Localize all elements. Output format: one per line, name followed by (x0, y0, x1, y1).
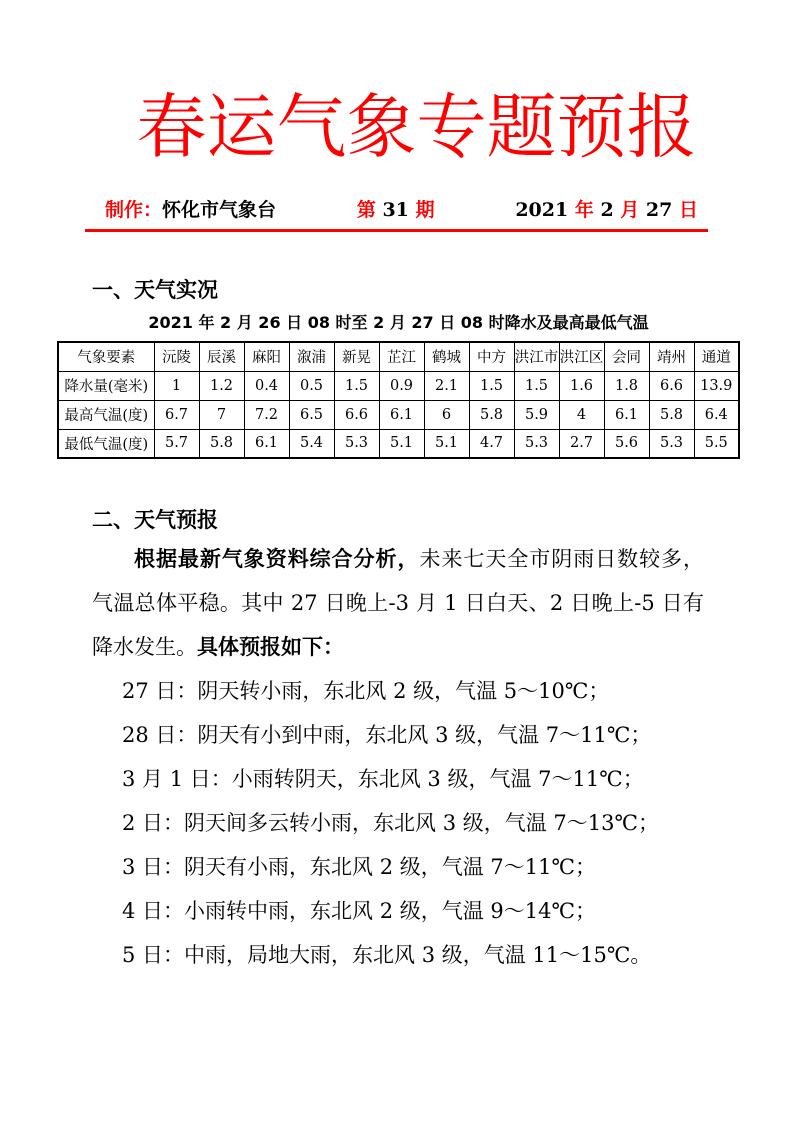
section-2-heading: 二、天气预报 (92, 507, 793, 533)
table-cell: 4 (559, 400, 604, 429)
text-segment: 期 (409, 199, 435, 221)
forecast-line: 2 日：阴天间多云转小雨，东北风 3 级，气温 7～13℃； (122, 801, 793, 845)
text-segment: 制作： (105, 199, 162, 221)
forecast-line: 28 日：阴天有小到中雨，东北风 3 级，气温 7～11℃； (122, 713, 793, 757)
column-header: 鹤城 (424, 342, 469, 371)
table-cell: 5.3 (334, 429, 379, 458)
column-header: 中方 (469, 342, 514, 371)
table-cell: 5.8 (649, 400, 694, 429)
column-header: 洪江区 (559, 342, 604, 371)
column-header: 洪江市 (514, 342, 559, 371)
table-cell: 6.4 (694, 400, 739, 429)
table-cell: 6.1 (244, 429, 289, 458)
table-corner-header: 气象要素 (58, 342, 154, 371)
column-header: 新晃 (334, 342, 379, 371)
text-segment: 具体预报如下： (197, 634, 344, 659)
table-cell: 1 (154, 371, 199, 400)
table-cell: 5.3 (649, 429, 694, 458)
table-cell: 1.5 (514, 371, 559, 400)
table-cell: 5.8 (199, 429, 244, 458)
text-segment: 2 (600, 199, 620, 221)
column-header: 通道 (694, 342, 739, 371)
document-page: 春运气象专题预报 制作：怀化市气象台 第 31 期 2021 年 2 月 27 … (0, 0, 793, 1122)
table-cell: 6.1 (604, 400, 649, 429)
text-segment: 日 (679, 199, 698, 221)
text-segment: 月 (620, 199, 646, 221)
table-cell: 7 (199, 400, 244, 429)
table-cell: 1.8 (604, 371, 649, 400)
table-cell: 7.2 (244, 400, 289, 429)
table-cell: 0.5 (289, 371, 334, 400)
row-label: 最高气温(度) (58, 400, 154, 429)
table-cell: 2.7 (559, 429, 604, 458)
table-cell: 5.9 (514, 400, 559, 429)
table-cell: 5.4 (289, 429, 334, 458)
producer-line: 制作：怀化市气象台 (105, 195, 276, 222)
text-segment: 31 (382, 199, 408, 221)
row-label: 最低气温(度) (58, 429, 154, 458)
table-cell: 6.1 (379, 400, 424, 429)
table-cell: 5.1 (424, 429, 469, 458)
table-row: 最高气温(度)6.777.26.56.66.165.85.946.15.86.4 (58, 400, 739, 429)
table-row: 降水量(毫米)11.20.40.51.50.92.11.51.51.61.86.… (58, 371, 739, 400)
text-segment: 未来七天全市阴雨日数较多， (419, 547, 704, 571)
table-cell: 0.9 (379, 371, 424, 400)
document-title: 春运气象专题预报 (0, 0, 793, 169)
forecast-line: 3 月 1 日：小雨转阴天，东北风 3 级，气温 7～11℃； (122, 757, 793, 801)
forecast-list: 27 日：阴天转小雨，东北风 2 级，气温 5～10℃；28 日：阴天有小到中雨… (122, 669, 793, 977)
table-cell: 2.1 (424, 371, 469, 400)
table-cell: 6.7 (154, 400, 199, 429)
issue-number: 第 31 期 (357, 195, 435, 222)
weather-observation-table: 气象要素沅陵辰溪麻阳溆浦新晃芷江鹤城中方洪江市洪江区会同靖州通道降水量(毫米)1… (57, 341, 740, 459)
text-segment: 怀化市气象台 (162, 199, 276, 221)
forecast-line: 4 日：小雨转中雨，东北风 2 级，气温 9～14℃； (122, 889, 793, 933)
table-cell: 13.9 (694, 371, 739, 400)
text-segment: 年 (575, 199, 601, 221)
column-header: 麻阳 (244, 342, 289, 371)
table-cell: 6.5 (289, 400, 334, 429)
table-header-row: 气象要素沅陵辰溪麻阳溆浦新晃芷江鹤城中方洪江市洪江区会同靖州通道 (58, 342, 739, 371)
text-segment: 根据最新气象资料综合分析， (134, 546, 419, 571)
table-cell: 5.8 (469, 400, 514, 429)
text-segment: 气温总体平稳。其中 27 日晚上-3 月 1 日白天、2 日晚上-5 日有 (92, 591, 704, 615)
table-cell: 1.6 (559, 371, 604, 400)
text-segment: 27 (646, 199, 679, 221)
text-segment: 2021 (515, 199, 575, 221)
weather-table-caption: 2021 年 2 月 26 日 08 时至 2 月 27 日 08 时降水及最高… (57, 311, 740, 335)
paragraph-line: 气温总体平稳。其中 27 日晚上-3 月 1 日白天、2 日晚上-5 日有 (92, 581, 704, 625)
forecast-line: 5 日：中雨，局地大雨，东北风 3 级，气温 11～15℃。 (122, 933, 793, 977)
column-header: 会同 (604, 342, 649, 371)
table-row: 最低气温(度)5.75.86.15.45.35.15.14.75.32.75.6… (58, 429, 739, 458)
column-header: 沅陵 (154, 342, 199, 371)
issue-date: 2021 年 2 月 27 日 (515, 195, 698, 222)
row-label: 降水量(毫米) (58, 371, 154, 400)
table-cell: 1.2 (199, 371, 244, 400)
text-segment: 降水发生。 (92, 635, 197, 659)
column-header: 靖州 (649, 342, 694, 371)
table-cell: 0.4 (244, 371, 289, 400)
document-header-row: 制作：怀化市气象台 第 31 期 2021 年 2 月 27 日 (85, 195, 708, 222)
paragraph-line: 降水发生。具体预报如下： (92, 625, 704, 669)
paragraph-line: 根据最新气象资料综合分析，未来七天全市阴雨日数较多， (92, 537, 704, 581)
forecast-line: 3 日：阴天有小雨，东北风 2 级，气温 7～11℃； (122, 845, 793, 889)
table-cell: 1.5 (469, 371, 514, 400)
table-cell: 5.6 (604, 429, 649, 458)
column-header: 辰溪 (199, 342, 244, 371)
forecast-line: 27 日：阴天转小雨，东北风 2 级，气温 5～10℃； (122, 669, 793, 713)
analysis-paragraph: 根据最新气象资料综合分析，未来七天全市阴雨日数较多，气温总体平稳。其中 27 日… (92, 537, 704, 669)
table-cell: 6.6 (334, 400, 379, 429)
table-cell: 5.5 (694, 429, 739, 458)
column-header: 溆浦 (289, 342, 334, 371)
table-cell: 5.1 (379, 429, 424, 458)
table-cell: 4.7 (469, 429, 514, 458)
table-cell: 5.3 (514, 429, 559, 458)
header-divider-rule (85, 229, 708, 232)
table-cell: 5.7 (154, 429, 199, 458)
table-cell: 6 (424, 400, 469, 429)
table-cell: 1.5 (334, 371, 379, 400)
text-segment: 第 (357, 199, 383, 221)
table-cell: 6.6 (649, 371, 694, 400)
section-1-heading: 一、天气实况 (92, 277, 793, 303)
column-header: 芷江 (379, 342, 424, 371)
